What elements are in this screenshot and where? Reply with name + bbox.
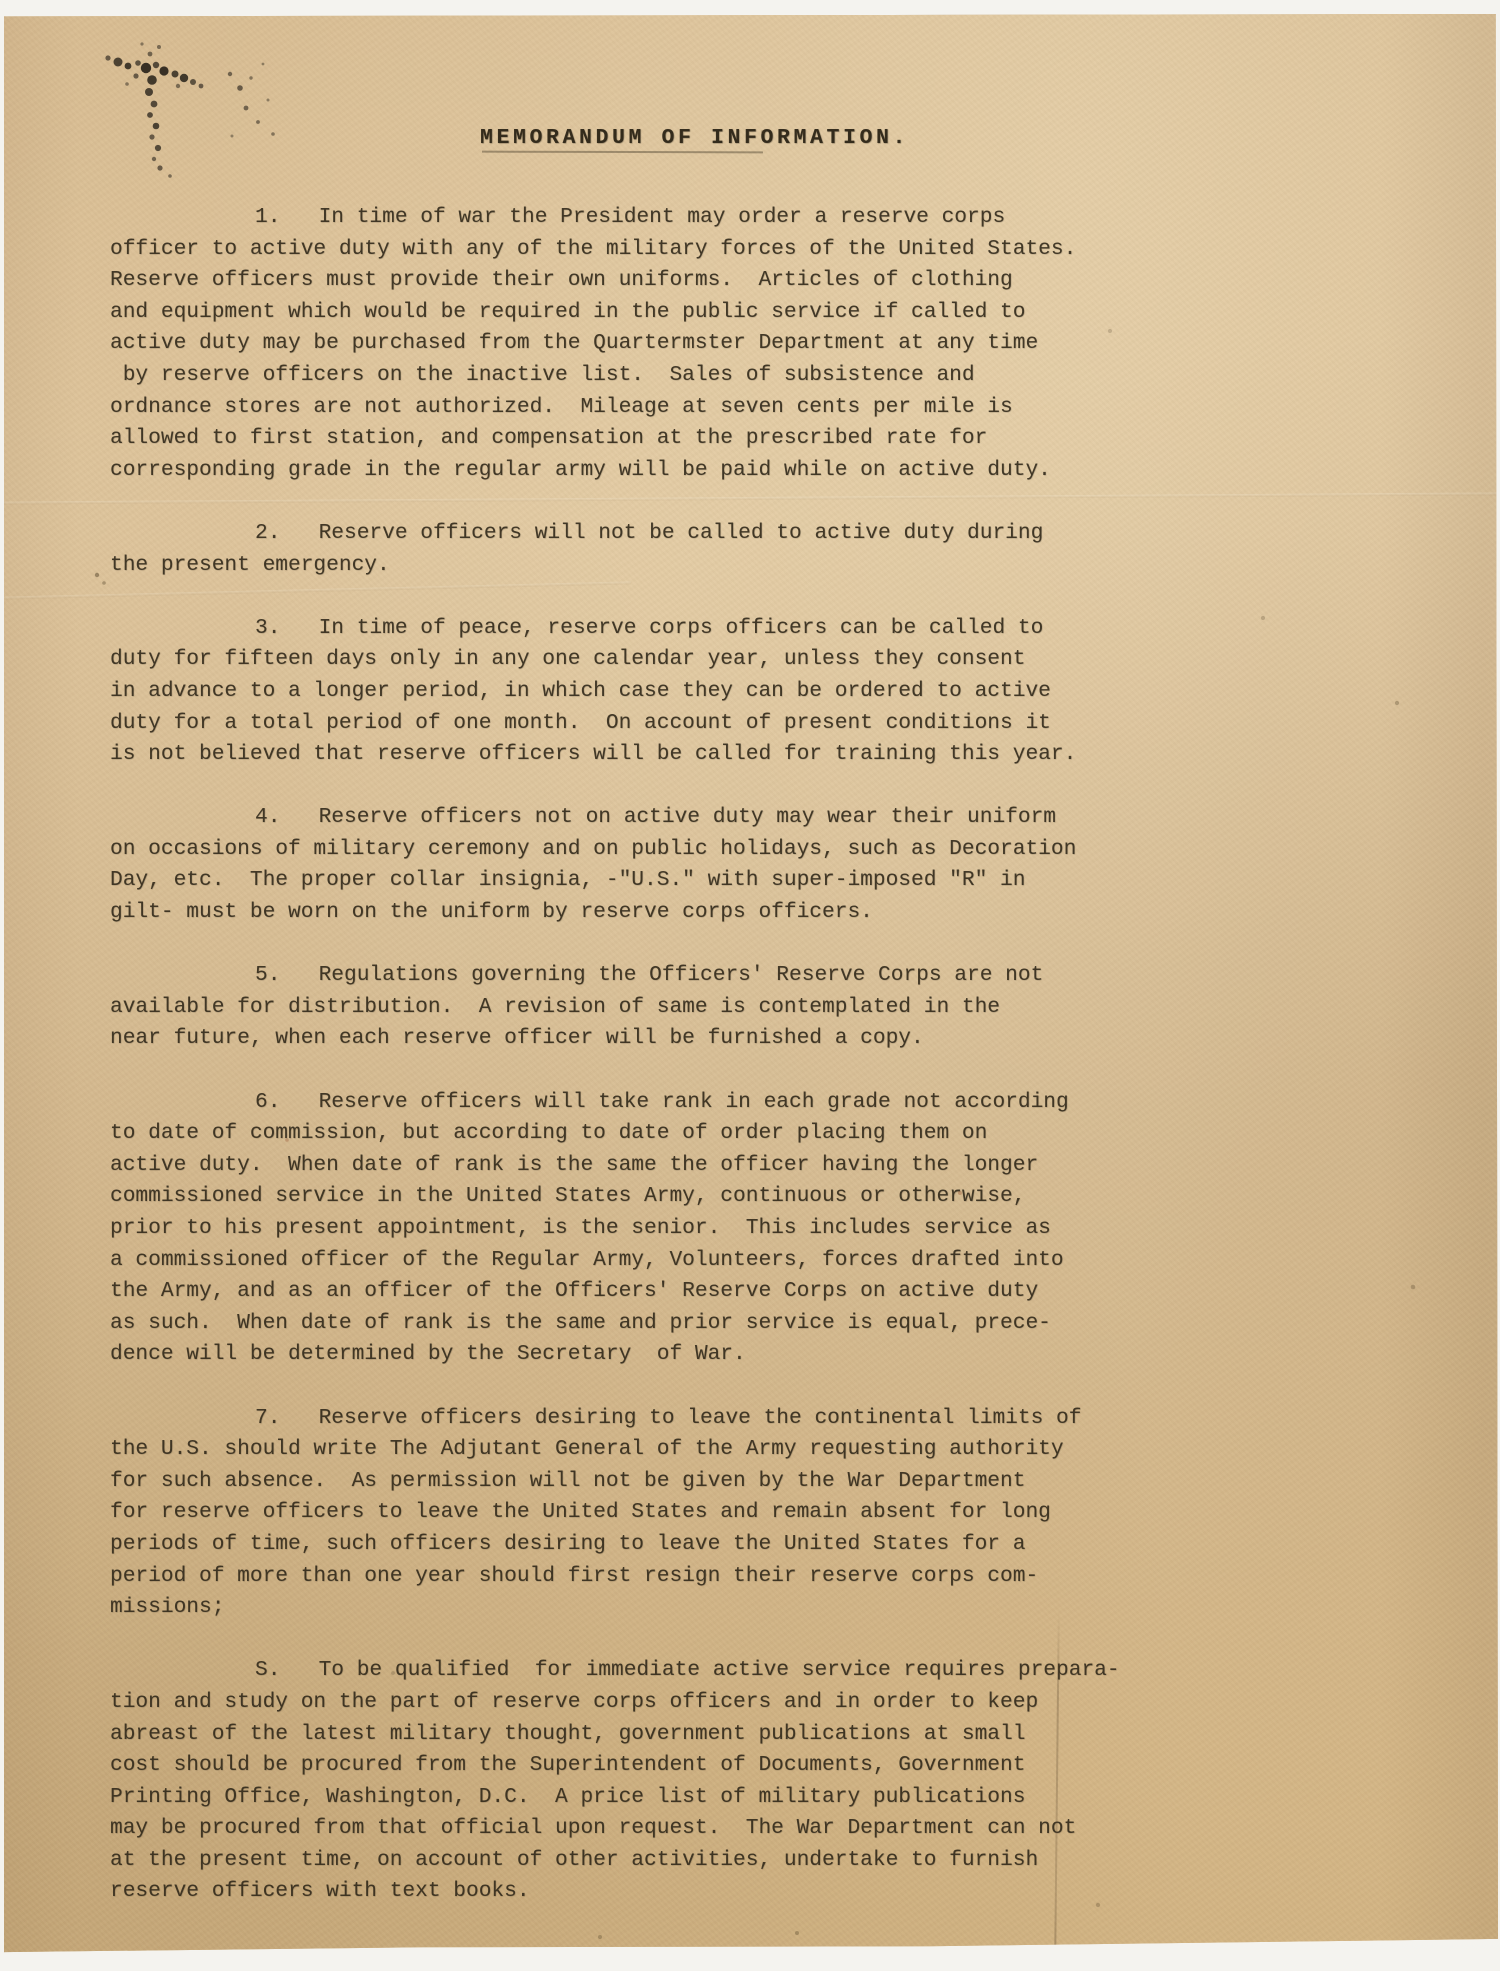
paragraph-line: on occasions of military ceremony and on… bbox=[110, 834, 1140, 866]
paragraph: 1. In time of war the President may orde… bbox=[110, 202, 1140, 486]
paragraph-line: a commissioned officer of the Regular Ar… bbox=[110, 1245, 1140, 1277]
paragraph-line: and equipment which would be required in… bbox=[110, 297, 1140, 329]
paragraph-line: for reserve officers to leave the United… bbox=[110, 1497, 1140, 1529]
paragraph-line: the present emergency. bbox=[110, 550, 1140, 582]
paragraph-line: is not believed that reserve officers wi… bbox=[110, 739, 1140, 771]
paragraph: 4. Reserve officers not on active duty m… bbox=[110, 802, 1140, 928]
paragraph-line: S. To be qualified for immediate active … bbox=[110, 1655, 1140, 1687]
paragraph-line: in advance to a longer period, in which … bbox=[110, 676, 1140, 708]
document-title: MEMORANDUM OF INFORMATION. bbox=[480, 126, 909, 150]
paragraph-line: active duty may be purchased from the Qu… bbox=[110, 328, 1140, 360]
paragraph-line: cost should be procured from the Superin… bbox=[110, 1750, 1140, 1782]
ink-blot bbox=[80, 16, 290, 186]
paragraph: 6. Reserve officers will take rank in ea… bbox=[110, 1087, 1140, 1371]
paragraph-line: as such. When date of rank is the same a… bbox=[110, 1308, 1140, 1340]
paragraph-line: Printing Office, Washington, D.C. A pric… bbox=[110, 1782, 1140, 1814]
paragraph-line: commissioned service in the United State… bbox=[110, 1181, 1140, 1213]
paper-specks bbox=[4, 14, 6, 16]
paragraph-line: available for distribution. A revision o… bbox=[110, 992, 1140, 1024]
paragraph-line: tion and study on the part of reserve co… bbox=[110, 1687, 1140, 1719]
paragraph-line: the Army, and as an officer of the Offic… bbox=[110, 1276, 1140, 1308]
paragraph-line: at the present time, on account of other… bbox=[110, 1845, 1140, 1877]
paragraph-line: dence will be determined by the Secretar… bbox=[110, 1339, 1140, 1371]
paragraph-line: active duty. When date of rank is the sa… bbox=[110, 1150, 1140, 1182]
document-body: 1. In time of war the President may orde… bbox=[110, 202, 1140, 1908]
paragraph-line: to date of commission, but according to … bbox=[110, 1118, 1140, 1150]
paragraph-line: Day, etc. The proper collar insignia, -"… bbox=[110, 865, 1140, 897]
document-page: MEMORANDUM OF INFORMATION. 1. In time of… bbox=[4, 14, 1498, 1956]
paragraph-line: 4. Reserve officers not on active duty m… bbox=[110, 802, 1140, 834]
paragraph: 7. Reserve officers desiring to leave th… bbox=[110, 1403, 1140, 1624]
paragraph-line: periods of time, such officers desiring … bbox=[110, 1529, 1140, 1561]
paragraph-line: gilt- must be worn on the uniform by res… bbox=[110, 897, 1140, 929]
paragraph-line: Reserve officers must provide their own … bbox=[110, 265, 1140, 297]
paragraph-line: duty for fifteen days only in any one ca… bbox=[110, 644, 1140, 676]
paragraph-line: 5. Regulations governing the Officers' R… bbox=[110, 960, 1140, 992]
paragraph-line: allowed to first station, and compensati… bbox=[110, 423, 1140, 455]
paragraph: S. To be qualified for immediate active … bbox=[110, 1655, 1140, 1908]
paragraph-line: duty for a total period of one month. On… bbox=[110, 708, 1140, 740]
paragraph-line: ordnance stores are not authorized. Mile… bbox=[110, 392, 1140, 424]
paragraph: 3. In time of peace, reserve corps offic… bbox=[110, 613, 1140, 771]
paragraph-line: 7. Reserve officers desiring to leave th… bbox=[110, 1403, 1140, 1435]
paragraph-line: abreast of the latest military thought, … bbox=[110, 1719, 1140, 1751]
paragraph-line: prior to his present appointment, is the… bbox=[110, 1213, 1140, 1245]
paragraph-line: may be procured from that official upon … bbox=[110, 1813, 1140, 1845]
paragraph-line: 3. In time of peace, reserve corps offic… bbox=[110, 613, 1140, 645]
paragraph-line: the U.S. should write The Adjutant Gener… bbox=[110, 1434, 1140, 1466]
paragraph-line: reserve officers with text books. bbox=[110, 1876, 1140, 1908]
paragraph-line: officer to active duty with any of the m… bbox=[110, 234, 1140, 266]
paragraph-line: near future, when each reserve officer w… bbox=[110, 1023, 1140, 1055]
paragraph-line: 1. In time of war the President may orde… bbox=[110, 202, 1140, 234]
paragraph-line: corresponding grade in the regular army … bbox=[110, 455, 1140, 487]
paragraph-line: missions; bbox=[110, 1592, 1140, 1624]
paragraph-line: by reserve officers on the inactive list… bbox=[110, 360, 1140, 392]
paragraph: 5. Regulations governing the Officers' R… bbox=[110, 960, 1140, 1055]
paragraph-line: 2. Reserve officers will not be called t… bbox=[110, 518, 1140, 550]
paragraph-line: 6. Reserve officers will take rank in ea… bbox=[110, 1087, 1140, 1119]
paragraph: 2. Reserve officers will not be called t… bbox=[110, 518, 1140, 581]
paragraph-line: for such absence. As permission will not… bbox=[110, 1466, 1140, 1498]
paragraph-line: period of more than one year should firs… bbox=[110, 1561, 1140, 1593]
